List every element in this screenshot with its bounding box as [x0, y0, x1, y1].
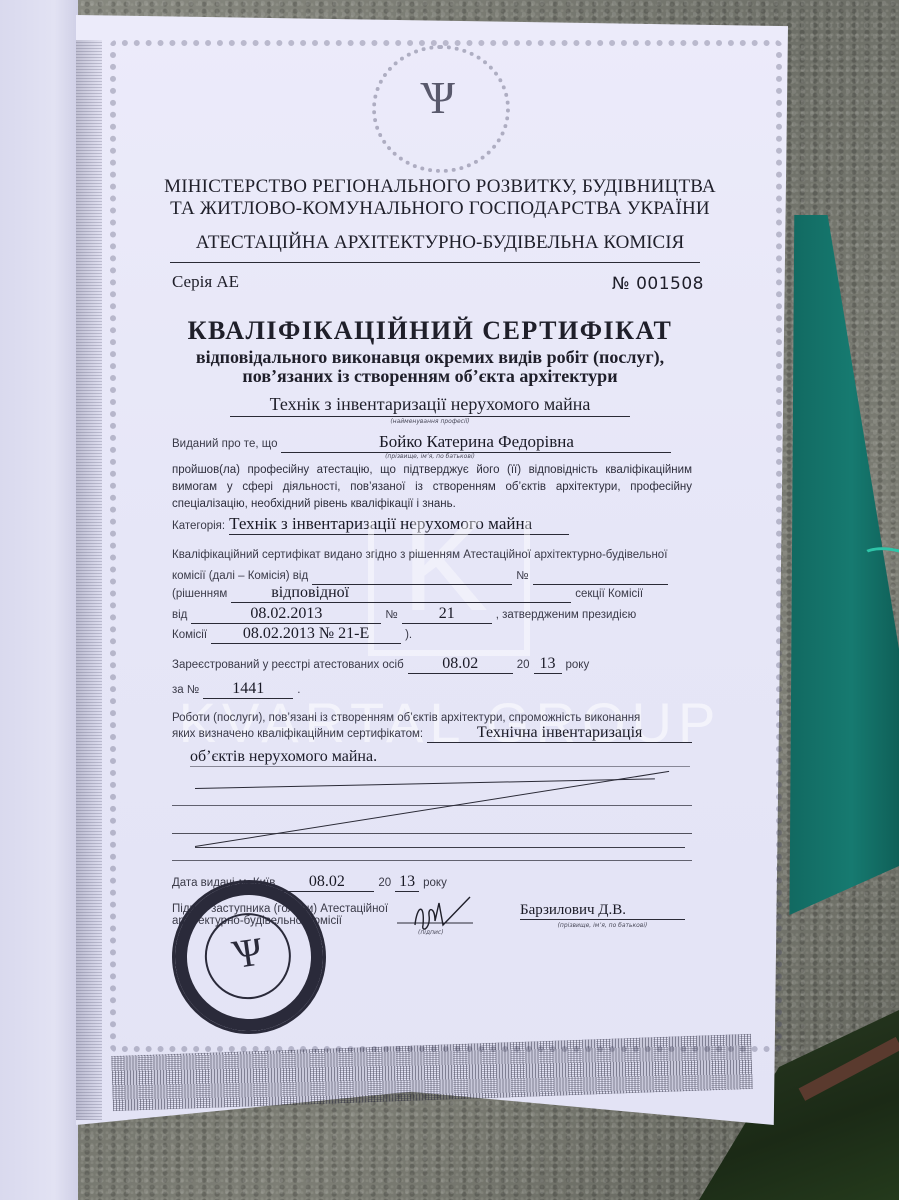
section-value: відповідної: [231, 584, 571, 603]
works-row-3: об’єктів нерухомого майна.: [190, 748, 377, 766]
commission-number-blank: [533, 566, 668, 585]
certificate-number: № 001508: [612, 274, 704, 294]
ministry-heading: МІНІСТЕРСТВО РЕГІОНАЛЬНОГО РОЗВИТКУ, БУД…: [150, 176, 730, 220]
section-no-label: №: [385, 609, 397, 621]
section-row: (рішенням відповідної секції Комісії: [172, 584, 643, 603]
issue-year-suffix: року: [423, 877, 447, 889]
works-row-2: яких визначено кваліфікаційним сертифіка…: [172, 724, 692, 743]
stamp-inner-circle: Ѱ: [199, 908, 296, 1005]
works-value-line-2: об’єктів нерухомого майна.: [190, 748, 377, 765]
decision-text: Кваліфікаційний сертифікат видано згідно…: [172, 549, 667, 561]
registration-number: 1441: [203, 680, 293, 699]
period: .: [297, 684, 300, 696]
subtitle-line-2: пов’язаних із створенням об’єкта архітек…: [160, 367, 700, 386]
subtitle-line-1: відповідального виконавця окремих видів …: [160, 348, 700, 367]
commission-date-blank: [312, 566, 512, 585]
page-gutter-shadow: [76, 40, 102, 1120]
approved-suffix: , затвердженим президією: [496, 609, 636, 621]
profession-value: Технік з інвентаризації нерухомого майна: [230, 394, 630, 417]
registration-number-row: за № 1441 .: [172, 680, 300, 699]
certificate-subtitle: відповідального виконавця окремих видів …: [160, 348, 700, 386]
blank-line: [190, 766, 690, 767]
signature-caption: (підпис): [418, 929, 444, 936]
issue-year-prefix: 20: [378, 877, 391, 889]
reg-no-label: за №: [172, 684, 199, 696]
section-date: 08.02.2013: [191, 605, 381, 624]
series-label: Серія АЕ: [172, 272, 239, 292]
holder-name: Бойко Катерина Федорівна: [281, 432, 671, 453]
stamp-trident-icon: Ѱ: [204, 924, 292, 982]
signer-caption: (прізвище, ім’я, по батькові): [520, 922, 685, 929]
from-label: від: [172, 609, 187, 621]
presidium-row: Комісії 08.02.2013 № 21-Е ).: [172, 625, 412, 644]
commission-date-row: комісії (далі – Комісія) від №: [172, 566, 668, 585]
blank-line: [195, 847, 685, 848]
works-text-line-1: Роботи (послуги), пов’язані із створення…: [172, 712, 640, 724]
profession-caption: (найменування професії): [230, 418, 630, 425]
registered-label: Зареєстрований у реєстрі атестованих осі…: [172, 659, 404, 671]
signer-name-row: Барзилович Д.В.: [520, 901, 685, 920]
header-rule: [170, 262, 700, 263]
ukraine-trident-icon: Ѱ: [420, 68, 456, 128]
registered-row: Зареєстрований у реєстрі атестованих осі…: [172, 655, 589, 674]
decision-row: Кваліфікаційний сертифікат видано згідно…: [172, 545, 667, 563]
blank-line: [172, 805, 692, 806]
presidium-value: 08.02.2013 № 21-Е: [211, 625, 401, 644]
left-page: [0, 0, 78, 1200]
works-text-line-2: яких визначено кваліфікаційним сертифіка…: [172, 728, 423, 740]
signer-name: Барзилович Д.В.: [520, 902, 685, 920]
close-paren: ).: [405, 629, 412, 641]
category-label: Категорія:: [172, 520, 225, 532]
year-suffix: року: [566, 659, 590, 671]
commission-heading: АТЕСТАЦІЙНА АРХІТЕКТУРНО-БУДІВЕЛЬНА КОМІ…: [150, 232, 730, 254]
issue-year: 13: [395, 873, 419, 892]
commission-no-label: №: [516, 570, 528, 582]
section-number: 21: [402, 605, 492, 624]
holder-caption: (прізвище, ім’я, по батькові): [300, 453, 560, 460]
blank-line: [172, 860, 692, 861]
year-prefix: 20: [517, 659, 530, 671]
section-suffix: секції Комісії: [575, 588, 643, 600]
blank-line: [172, 833, 692, 834]
commission-label: Комісії: [172, 629, 207, 641]
holder-row: Виданий про те, що Бойко Катерина Федорі…: [172, 432, 671, 453]
issued-label: Виданий про те, що: [172, 438, 277, 450]
commission-from-label: комісії (далі – Комісія) від: [172, 570, 308, 582]
certificate-title: КВАЛІФІКАЦІЙНИЙ СЕРТИФІКАТ: [160, 316, 700, 346]
issue-date: 08.02: [279, 873, 374, 892]
decision-by-label: (рішенням: [172, 588, 227, 600]
section-date-row: від 08.02.2013 № 21 , затвердженим прези…: [172, 605, 636, 624]
registered-year: 13: [534, 655, 562, 674]
registered-date: 08.02: [408, 655, 513, 674]
works-value-line-1: Технічна інвентаризація: [427, 724, 692, 743]
